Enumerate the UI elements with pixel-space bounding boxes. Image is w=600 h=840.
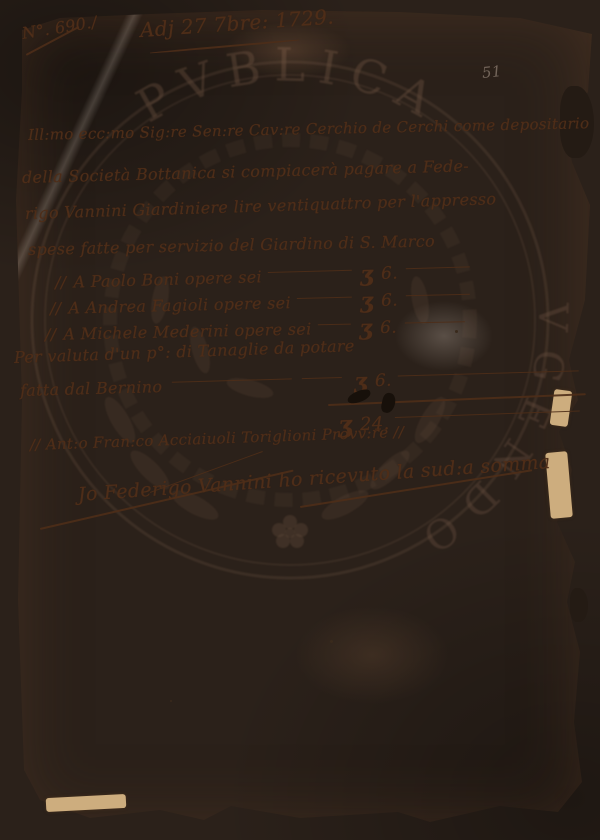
dash-rule — [268, 269, 352, 272]
item-ditto-mark: // — [55, 273, 67, 292]
item-ditto-mark: // — [45, 325, 57, 344]
dash-rule — [317, 323, 351, 325]
folio-number-pencil: 51 — [481, 62, 502, 82]
dash-rule — [395, 410, 579, 417]
edge-tear — [570, 588, 588, 622]
dash-rule — [297, 296, 352, 298]
dash-rule — [398, 370, 579, 376]
item-ditto-mark: // — [50, 299, 62, 318]
lira-symbol: ʒ — [360, 261, 374, 287]
dash-rule — [405, 321, 465, 323]
item-amount: 6. — [381, 263, 398, 283]
item-description: A Andrea Fagioli opere sei — [68, 293, 291, 317]
item-amount: 6. — [381, 291, 398, 311]
lira-symbol: ʒ — [359, 315, 372, 341]
dash-rule — [172, 378, 292, 382]
item-amount: 6. — [375, 371, 392, 391]
item-description: A Paolo Boni opere sei — [73, 267, 262, 291]
dash-rule — [302, 377, 342, 379]
dash-rule — [406, 293, 470, 296]
stamp-rosette — [272, 515, 308, 548]
scanned-manuscript-page: PVBLICA VGENDO — [0, 0, 600, 840]
item-amount: 6. — [380, 318, 397, 338]
dash-rule — [406, 266, 470, 269]
item-description-line2: fatta dal Bernino — [20, 377, 163, 400]
lira-symbol: ʒ — [360, 288, 373, 314]
